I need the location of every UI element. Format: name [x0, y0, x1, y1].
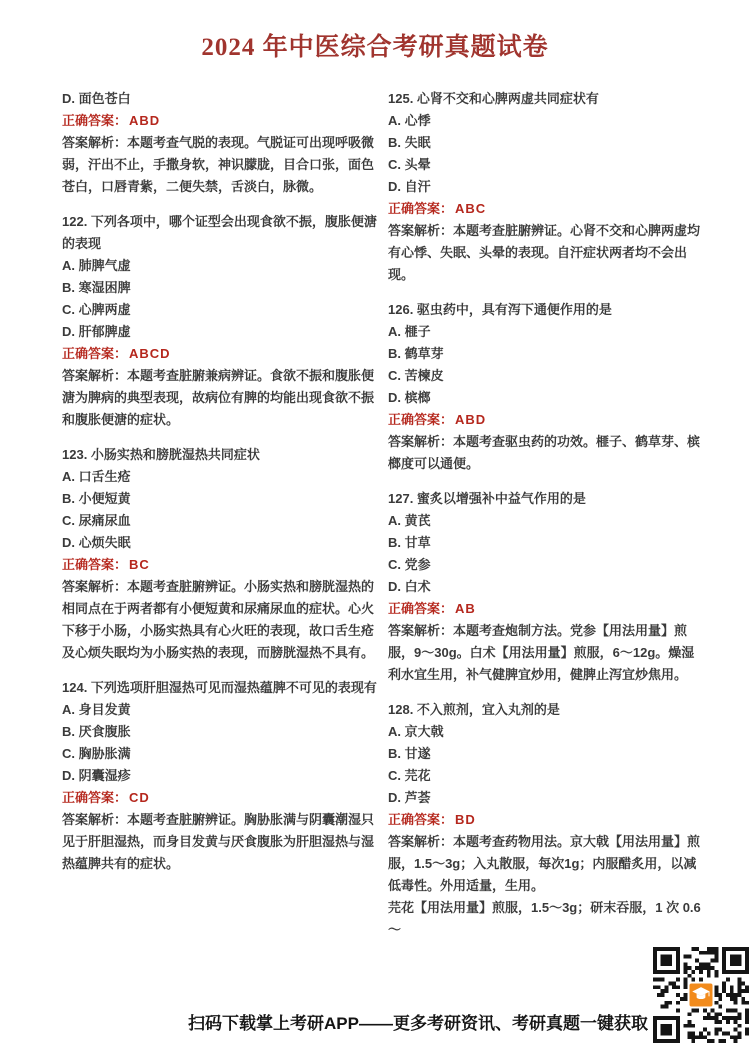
option: A. 京大戟 — [388, 721, 706, 743]
answer-line: 正确答案：BC — [62, 554, 380, 576]
question-text: 124. 下列选项肝胆湿热可见而湿热蕴脾不可见的表现有 — [62, 677, 380, 699]
option: B. 鹤草芽 — [388, 343, 706, 365]
question-123: 123. 小肠实热和膀胱湿热共同症状 A. 口舌生疮B. 小便短黄C. 尿痛尿血… — [62, 444, 380, 664]
option: A. 心悸 — [388, 110, 706, 132]
footer: 扫码下载掌上考研APP——更多考研资讯、考研真题一键获取 — [0, 1009, 648, 1034]
option: D. 槟榔 — [388, 387, 706, 409]
option: A. 口舌生疮 — [62, 466, 380, 488]
answer-line: 正确答案：ABD — [388, 409, 706, 431]
question-text: 126. 驱虫药中，具有泻下通便作用的是 — [388, 299, 706, 321]
answer-label: 正确答案： — [62, 557, 127, 572]
question-122: 122. 下列各项中，哪个证型会出现食欲不振，腹胀便溏的表现 A. 肺脾气虚B.… — [62, 211, 380, 431]
explanation-text: 答案解析：本题考查驱虫药的功效。榧子、鹤草芽、槟榔度可以通便。 — [388, 431, 706, 475]
option: A. 身目发黄 — [62, 699, 380, 721]
option: D. 心烦失眠 — [62, 532, 380, 554]
answer-line: 正确答案：ABC — [388, 198, 706, 220]
option: D. 肝郁脾虚 — [62, 321, 380, 343]
answer-label: 正确答案： — [388, 412, 453, 427]
explanation-text: 答案解析：本题考查炮制方法。党参【用法用量】煎服，9～30g。白术【用法用量】煎… — [388, 620, 706, 686]
explanation-text: 答案解析：本题考查气脱的表现。气脱证可出现呼吸微弱，汗出不止，手撒身软，神识朦胧… — [62, 132, 380, 198]
answer-value: ABC — [453, 201, 486, 216]
answer-line: 正确答案：ABD — [62, 110, 380, 132]
option: D. 阴囊湿疹 — [62, 765, 380, 787]
option: D. 白术 — [388, 576, 706, 598]
option: B. 甘遂 — [388, 743, 706, 765]
graduation-cap-icon — [688, 982, 715, 1009]
question-text: 128. 不入煎剂，宜入丸剂的是 — [388, 699, 706, 721]
question-text: 123. 小肠实热和膀胱湿热共同症状 — [62, 444, 380, 466]
option: C. 胸胁胀满 — [62, 743, 380, 765]
answer-line: 正确答案：BD — [388, 809, 706, 831]
answer-value: CD — [127, 790, 150, 805]
option: B. 小便短黄 — [62, 488, 380, 510]
explanation-text: 芫花【用法用量】煎服，1.5～3g；研末吞服，1 次 0.6～ — [388, 897, 706, 941]
explanation-text: 答案解析：本题考查脏腑辨证。心肾不交和心脾两虚均有心悸、失眠、头晕的表现。自汗症… — [388, 220, 706, 286]
option: C. 党参 — [388, 554, 706, 576]
answer-label: 正确答案： — [388, 201, 453, 216]
question-text: 122. 下列各项中，哪个证型会出现食欲不振，腹胀便溏的表现 — [62, 211, 380, 255]
explanation-text: 答案解析：本题考查脏腑兼病辨证。食欲不振和腹胀便溏为脾病的典型表现，故病位有脾的… — [62, 365, 380, 431]
answer-line: 正确答案：CD — [62, 787, 380, 809]
answer-label: 正确答案： — [62, 113, 127, 128]
option: C. 心脾两虚 — [62, 299, 380, 321]
answer-line: 正确答案：AB — [388, 598, 706, 620]
option: C. 头晕 — [388, 154, 706, 176]
qr-code — [653, 947, 749, 1043]
option: D. 芦荟 — [388, 787, 706, 809]
question-125: 125. 心肾不交和心脾两虚共同症状有 A. 心悸B. 失眠C. 头晕D. 自汗… — [388, 88, 706, 286]
answer-value: BD — [453, 812, 476, 827]
option: B. 寒湿困脾 — [62, 277, 380, 299]
question-126: 126. 驱虫药中，具有泻下通便作用的是 A. 榧子B. 鹤草芽C. 苦楝皮D.… — [388, 299, 706, 475]
option: C. 苦楝皮 — [388, 365, 706, 387]
answer-line: 正确答案：ABCD — [62, 343, 380, 365]
option: D. 面色苍白 — [62, 88, 380, 110]
answer-label: 正确答案： — [388, 601, 453, 616]
page-title: 2024 年中医综合考研真题试卷 — [0, 27, 750, 63]
option: B. 厌食腹胀 — [62, 721, 380, 743]
answer-label: 正确答案： — [388, 812, 453, 827]
option: C. 芫花 — [388, 765, 706, 787]
answer-value: AB — [453, 601, 476, 616]
explanation-text: 答案解析：本题考查药物用法。京大戟【用法用量】煎服，1.5～3g；入丸散服，每次… — [388, 831, 706, 897]
answer-value: ABD — [127, 113, 160, 128]
explanation-text: 答案解析：本题考查脏腑辨证。胸胁胀满与阴囊潮湿只见于肝胆湿热，而身目发黄与厌食腹… — [62, 809, 380, 875]
explanation-text: 答案解析：本题考查脏腑辨证。小肠实热和膀胱湿热的相同点在于两者都有小便短黄和尿痛… — [62, 576, 380, 664]
option: A. 黄芪 — [388, 510, 706, 532]
question-127: 127. 蜜炙以增强补中益气作用的是 A. 黄芪B. 甘草C. 党参D. 白术正… — [388, 488, 706, 686]
answer-value: ABCD — [127, 346, 171, 361]
option: C. 尿痛尿血 — [62, 510, 380, 532]
question-text: 127. 蜜炙以增强补中益气作用的是 — [388, 488, 706, 510]
option: A. 榧子 — [388, 321, 706, 343]
question-124: 124. 下列选项肝胆湿热可见而湿热蕴脾不可见的表现有 A. 身目发黄B. 厌食… — [62, 677, 380, 875]
option: B. 甘草 — [388, 532, 706, 554]
option: D. 自汗 — [388, 176, 706, 198]
right-column: 125. 心肾不交和心脾两虚共同症状有 A. 心悸B. 失眠C. 头晕D. 自汗… — [388, 88, 706, 954]
question-continuation: D. 面色苍白正确答案：ABD答案解析：本题考查气脱的表现。气脱证可出现呼吸微弱… — [62, 88, 380, 198]
answer-label: 正确答案： — [62, 790, 127, 805]
question-text: 125. 心肾不交和心脾两虚共同症状有 — [388, 88, 706, 110]
footer-text: 扫码下载掌上考研APP——更多考研资讯、考研真题一键获取 — [188, 1014, 648, 1033]
answer-value: BC — [127, 557, 150, 572]
question-128: 128. 不入煎剂，宜入丸剂的是 A. 京大戟B. 甘遂C. 芫花D. 芦荟正确… — [388, 699, 706, 941]
option: A. 肺脾气虚 — [62, 255, 380, 277]
exam-page: 2024 年中医综合考研真题试卷 D. 面色苍白正确答案：ABD答案解析：本题考… — [0, 0, 750, 1061]
answer-value: ABD — [453, 412, 486, 427]
answer-label: 正确答案： — [62, 346, 127, 361]
left-column: D. 面色苍白正确答案：ABD答案解析：本题考查气脱的表现。气脱证可出现呼吸微弱… — [62, 88, 380, 888]
option: B. 失眠 — [388, 132, 706, 154]
